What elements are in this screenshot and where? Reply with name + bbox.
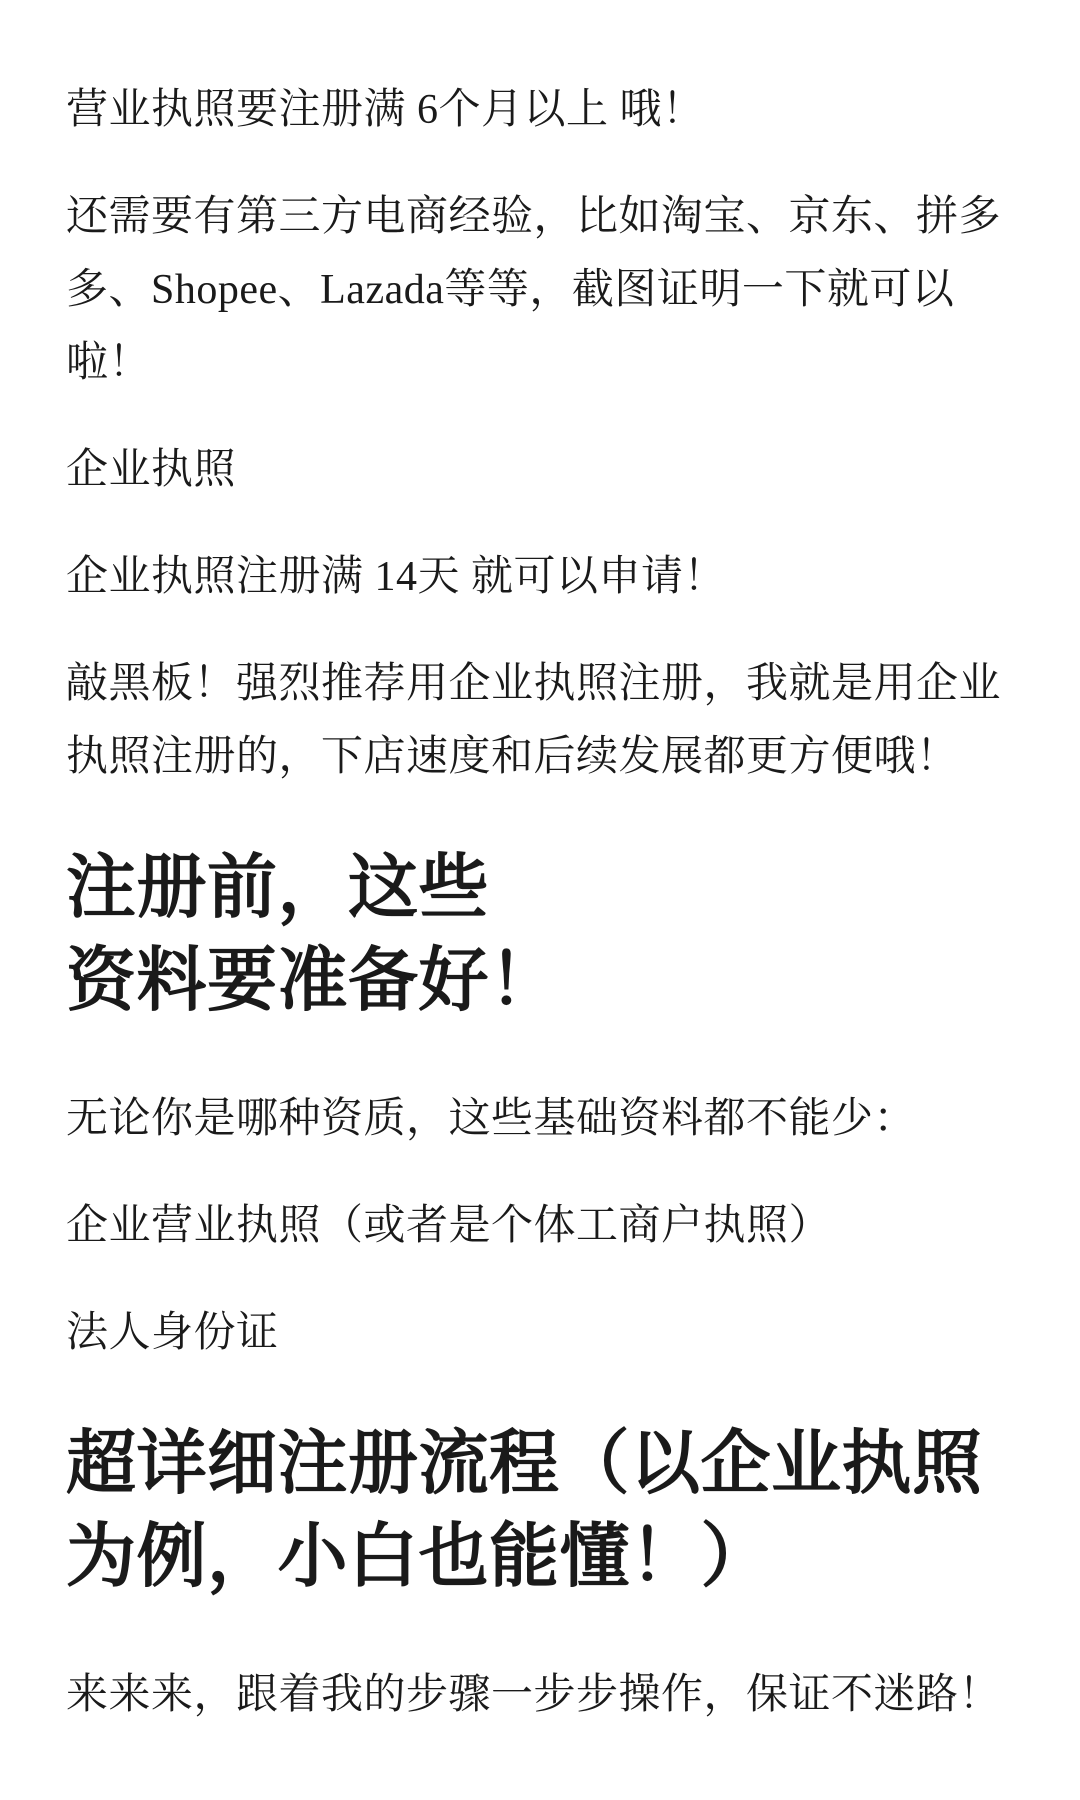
paragraph-business-license-age: 营业执照要注册满 6个月以上 哦！: [66, 74, 1014, 147]
paragraph-recommendation: 敲黑板！强烈推荐用企业执照注册，我就是用企业 执照注册的，下店速度和后续发展都更…: [66, 648, 1014, 794]
paragraph-enterprise-license-age: 企业执照注册满 14天 就可以申请！: [66, 541, 1014, 614]
paragraph-material-legal-person-id: 法人身份证: [66, 1297, 1014, 1370]
paragraph-materials-intro: 无论你是哪种资质，这些基础资料都不能少：: [66, 1083, 1014, 1156]
article-page: 营业执照要注册满 6个月以上 哦！ 还需要有第三方电商经验，比如淘宝、京东、拼多…: [0, 0, 1080, 1800]
heading-registration-process: 超详细注册流程（以企业执照 为例，小白也能懂！）: [66, 1418, 1014, 1604]
paragraph-material-business-license: 企业营业执照（或者是个体工商户执照）: [66, 1190, 1014, 1263]
paragraph-ecommerce-experience: 还需要有第三方电商经验，比如淘宝、京东、拼多 多、Shopee、Lazada等等…: [66, 181, 1014, 400]
paragraph-follow-steps: 来来来，跟着我的步骤一步步操作，保证不迷路！: [66, 1659, 1014, 1732]
paragraph-enterprise-license-label: 企业执照: [66, 434, 1014, 507]
heading-prepare-materials: 注册前，这些 资料要准备好！: [66, 842, 1014, 1028]
